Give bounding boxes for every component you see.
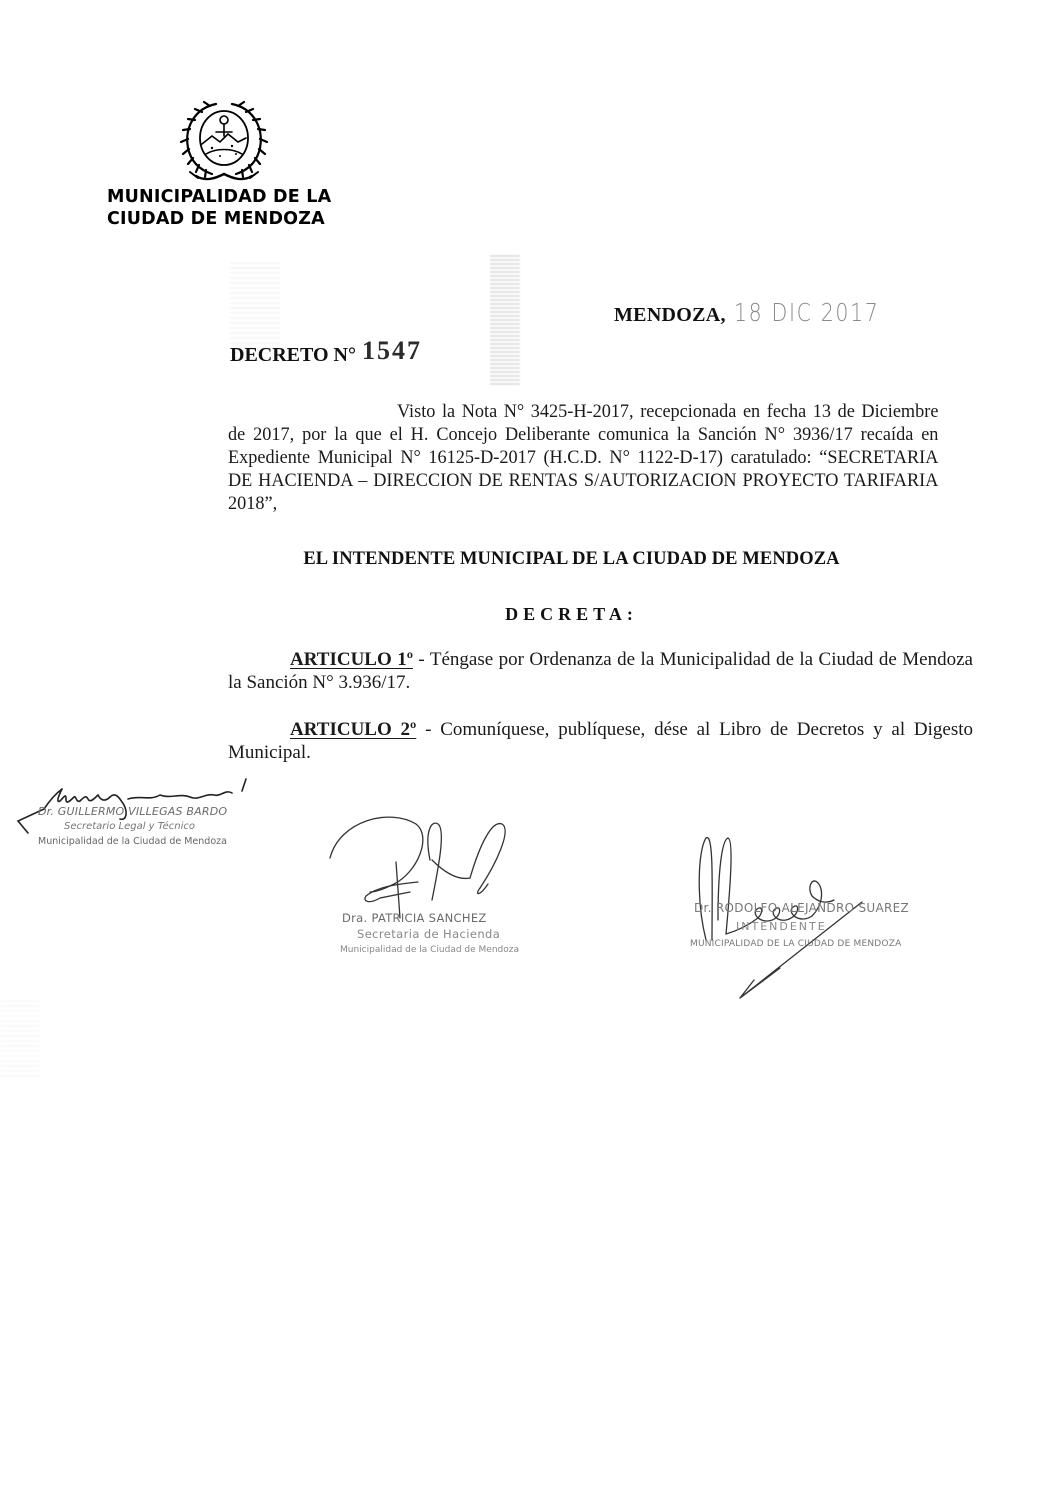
decree-label: DECRETO N° xyxy=(230,344,356,366)
authority-heading: EL INTENDENTE MUNICIPAL DE LA CIUDAD DE … xyxy=(0,549,1051,570)
article-2: ARTICULO 2º - Comuníquese, publíquese, d… xyxy=(228,718,973,764)
organization-line-1: MUNICIPALIDAD DE LA xyxy=(107,186,331,208)
article-1: ARTICULO 1º - Téngase por Ordenanza de l… xyxy=(228,648,973,694)
decreta-heading: DECRETA: xyxy=(0,604,1051,625)
decree-page: MUNICIPALIDAD DE LA CIUDAD DE MENDOZA ME… xyxy=(0,0,1051,1499)
signatory-organization: Municipalidad de la Ciudad de Mendoza xyxy=(38,836,227,847)
signatory-name: Dr. GUILLERMO VILLEGAS BARDO xyxy=(38,805,227,818)
scan-artifact xyxy=(490,255,520,385)
signature-legal-secretary: Dr. GUILLERMO VILLEGAS BARDO Secretario … xyxy=(0,775,280,855)
signatory-name: Dra. PATRICIA SANCHEZ xyxy=(342,911,487,925)
signatory-role: Secretaria de Hacienda xyxy=(357,927,500,941)
article-2-label: ARTICULO 2º xyxy=(290,719,416,740)
decree-number-line: DECRETO N°1547 xyxy=(230,336,422,367)
signatory-role: INTENDENTE xyxy=(736,920,827,933)
signature-finance-secretary: Dra. PATRICIA SANCHEZ Secretaria de Haci… xyxy=(320,800,560,970)
visto-line: Visto la Nota N° 3425-H-2017, recepciona… xyxy=(397,401,855,422)
municipal-coat-of-arms-icon xyxy=(176,98,272,184)
decree-number: 1547 xyxy=(362,336,422,365)
signatory-name: Dr. RODOLFO ALEJANDRO SUAREZ xyxy=(694,901,909,915)
article-1-label: ARTICULO 1º xyxy=(290,649,413,670)
signatory-organization: MUNICIPALIDAD DE LA CIUDAD DE MENDOZA xyxy=(690,939,901,949)
date-stamp: 18 DIC 2017 xyxy=(734,298,879,327)
signatory-role: Secretario Legal y Técnico xyxy=(64,821,195,832)
scan-artifact xyxy=(0,1000,40,1080)
organization-name: MUNICIPALIDAD DE LA CIUDAD DE MENDOZA xyxy=(107,186,331,230)
signature-mayor: Dr. RODOLFO ALEJANDRO SUAREZ INTENDENTE … xyxy=(660,830,900,1010)
visto-paragraph: Visto la Nota N° 3425-H-2017, recepciona… xyxy=(228,400,938,515)
organization-line-2: CIUDAD DE MENDOZA xyxy=(107,208,331,230)
date-label: MENDOZA, xyxy=(614,304,726,326)
date-line: MENDOZA,18 DIC 2017 xyxy=(614,298,911,327)
signatory-organization: Municipalidad de la Ciudad de Mendoza xyxy=(340,945,519,955)
